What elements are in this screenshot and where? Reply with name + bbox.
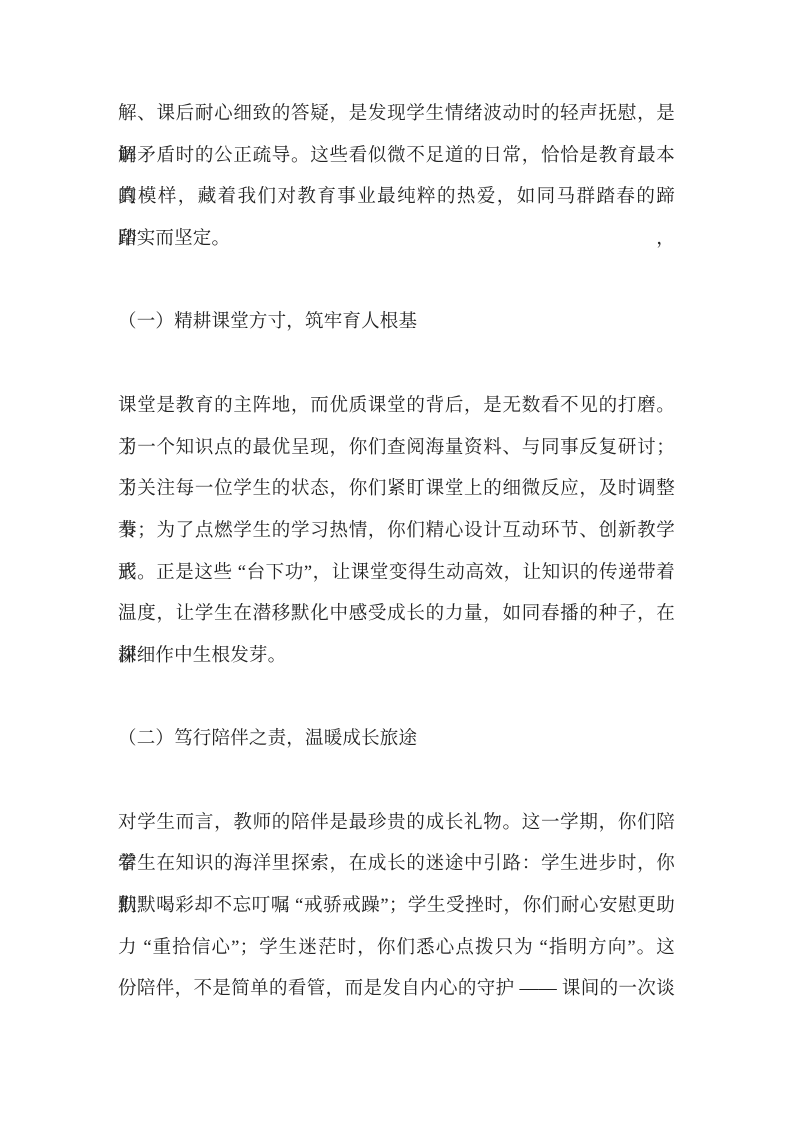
- text-line: 课堂是教育的主阵地，而优质课堂的背后，是无数看不见的打磨。为: [118, 386, 675, 428]
- section-heading-2: （二）笃行陪伴之责，温暖成长旅途: [118, 719, 675, 761]
- text-line: 默默喝彩却不忘叮嘱 “戒骄戒躁”；学生受挫时，你们耐心安慰更助: [118, 886, 675, 928]
- paragraph-2: 课堂是教育的主阵地，而优质课堂的背后，是无数看不见的打磨。为 了一个知识点的最优…: [118, 386, 675, 678]
- text-line: 温度，让学生在潜移默化中感受成长的力量，如同春播的种子，在深: [118, 594, 675, 636]
- document-page: 解、课后耐心细致的答疑，是发现学生情绪波动时的轻声抚慰，是调 解矛盾时的公正疏导…: [0, 0, 793, 1122]
- text-line: 了一个知识点的最优呈现，你们查阅海量资料、与同事反复研讨；为: [118, 428, 675, 470]
- text-line: 份陪伴，不是简单的看管，而是发自内心的守护 —— 课间的一次谈: [118, 969, 675, 1011]
- text-line: 学生在知识的海洋里探索，在成长的迷途中引路：学生进步时，你们: [118, 844, 675, 886]
- text-line: 式。正是这些 “台下功”，让课堂变得生动高效，让知识的传递带着: [118, 553, 675, 595]
- text-line: 了关注每一位学生的状态，你们紧盯课堂上的细微反应，及时调整节: [118, 469, 675, 511]
- text-line: 奏；为了点燃学生的学习热情，你们精心设计互动环节、创新教学形: [118, 511, 675, 553]
- paragraph-1: 解、课后耐心细致的答疑，是发现学生情绪波动时的轻声抚慰，是调 解矛盾时的公正疏导…: [118, 94, 675, 261]
- text-line: 力 “重拾信心”；学生迷茫时，你们悉心点拨只为 “指明方向”。这: [118, 928, 675, 970]
- text-line: 耕细作中生根发芽。: [118, 636, 675, 678]
- document-content: 解、课后耐心细致的答疑，是发现学生情绪波动时的轻声抚慰，是调 解矛盾时的公正疏导…: [118, 94, 675, 1011]
- text-line: 解矛盾时的公正疏导。这些看似微不足道的日常，恰恰是教育最本真: [118, 136, 675, 178]
- text-line: 的模样，藏着我们对教育事业最纯粹的热爱，如同马群踏春的蹄印，: [118, 177, 675, 219]
- text-line: 对学生而言，教师的陪伴是最珍贵的成长礼物。这一学期，你们陪着: [118, 803, 675, 845]
- text-line: 解、课后耐心细致的答疑，是发现学生情绪波动时的轻声抚慰，是调: [118, 94, 675, 136]
- section-heading-1: （一）精耕课堂方寸，筑牢育人根基: [118, 302, 675, 344]
- paragraph-3: 对学生而言，教师的陪伴是最珍贵的成长礼物。这一学期，你们陪着 学生在知识的海洋里…: [118, 803, 675, 1011]
